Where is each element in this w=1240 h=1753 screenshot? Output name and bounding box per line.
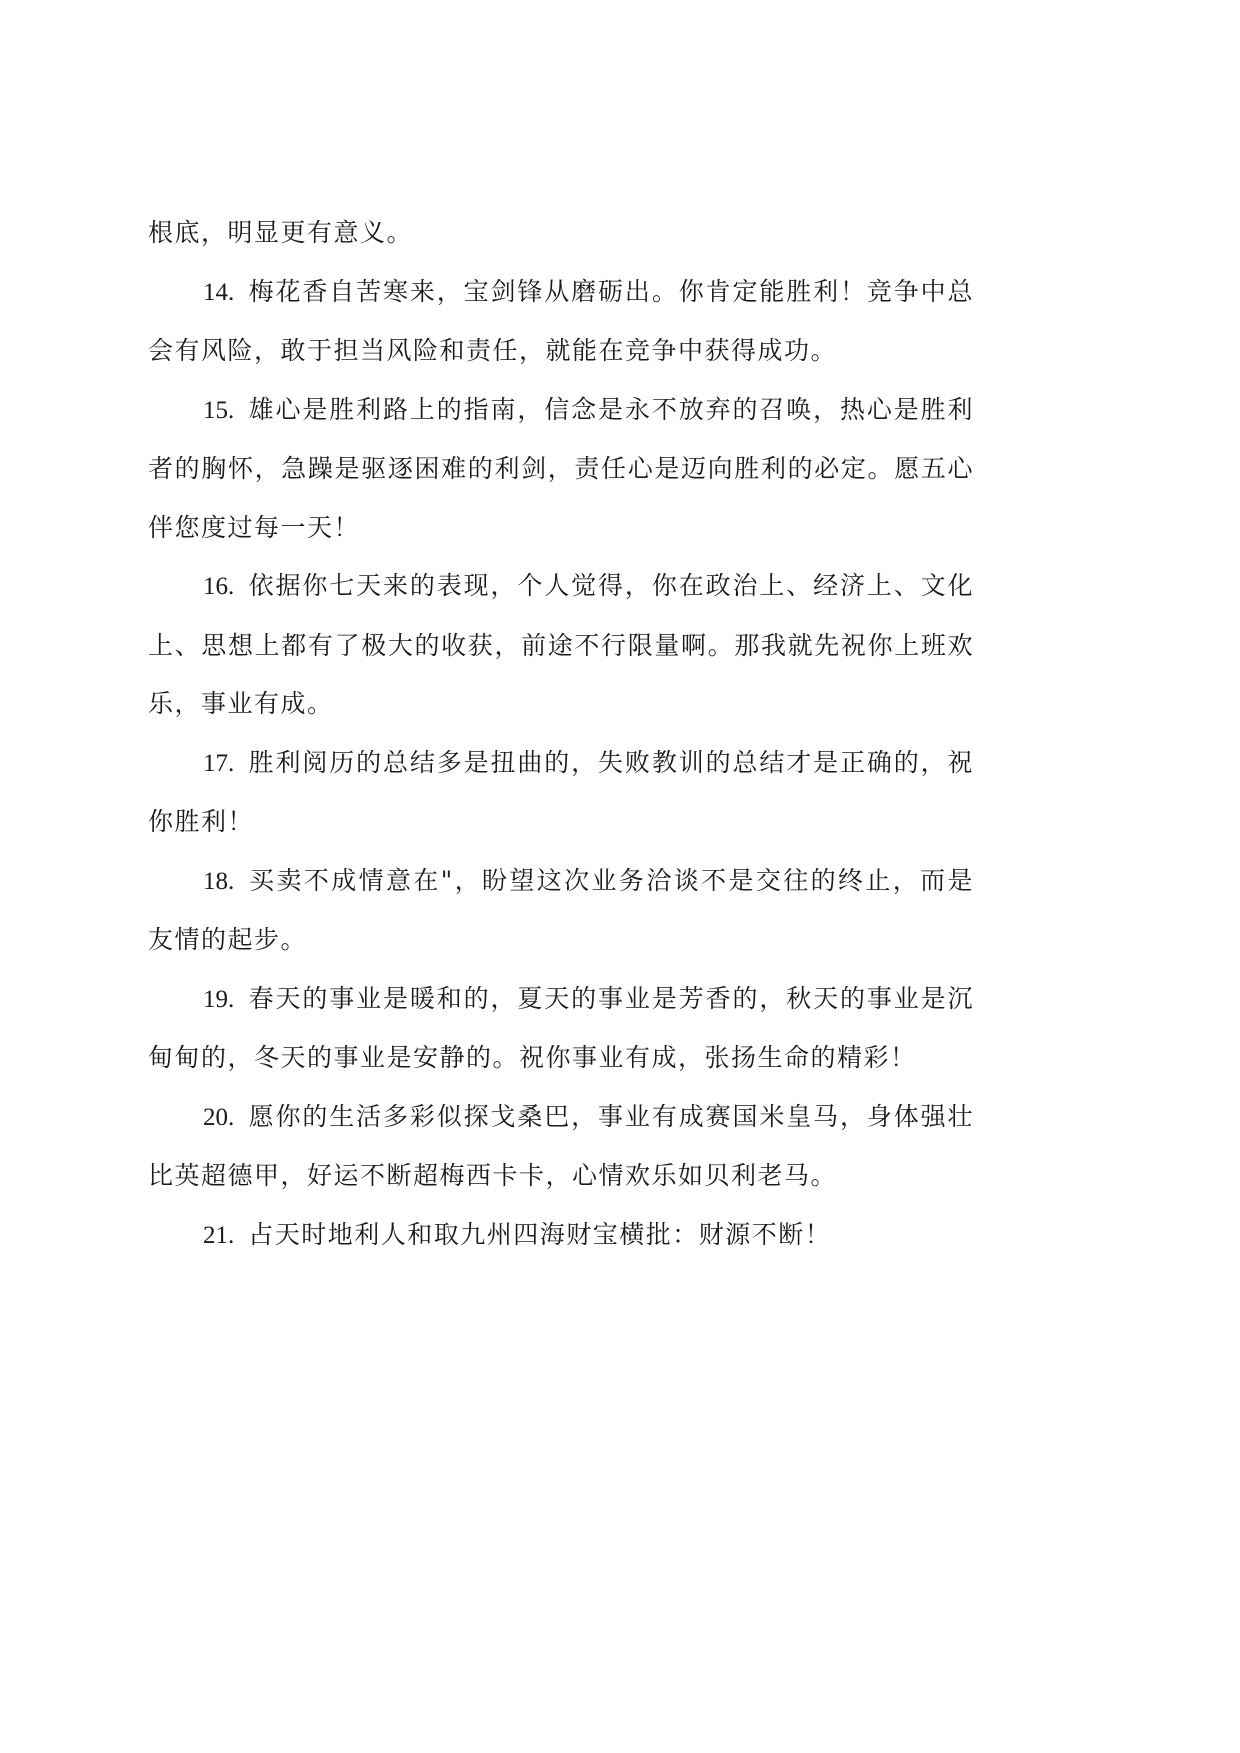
- paragraph-20: 20.愿你的生活多彩似探戈桑巴，事业有成赛国米皇马，身体强壮比英超德甲，好运不断…: [148, 1088, 974, 1206]
- paragraph-text: 根底，明显更有意义。: [148, 218, 413, 247]
- paragraph-16: 16.依据你七天来的表现，个人觉得，你在政治上、经济上、文化上、思想上都有了极大…: [148, 557, 974, 734]
- paragraph-21: 21.占天时地利人和取九州四海财宝横批：财源不断！: [148, 1206, 974, 1266]
- paragraph-text: 占天时地利人和取九州四海财宝横批：财源不断！: [248, 1220, 831, 1249]
- paragraph-number: 18.: [203, 868, 234, 895]
- paragraph-text: 春天的事业是暖和的，夏天的事业是芳香的，秋天的事业是沉甸甸的，冬天的事业是安静的…: [148, 984, 974, 1073]
- paragraph-text: 胜利阅历的总结多是扭曲的，失败教训的总结才是正确的，祝你胜利！: [148, 748, 974, 837]
- paragraph-continuation: 根底，明显更有意义。: [148, 204, 974, 263]
- paragraph-text: 依据你七天来的表现，个人觉得，你在政治上、经济上、文化上、思想上都有了极大的收获…: [148, 571, 974, 718]
- paragraph-text: 雄心是胜利路上的指南，信念是永不放弃的召唤，热心是胜利者的胸怀，急躁是驱逐困难的…: [148, 395, 974, 542]
- paragraph-number: 20.: [203, 1104, 234, 1131]
- paragraph-text: 愿你的生活多彩似探戈桑巴，事业有成赛国米皇马，身体强壮比英超德甲，好运不断超梅西…: [148, 1102, 974, 1191]
- paragraph-text: 买卖不成情意在"，盼望这次业务洽谈不是交往的终止，而是友情的起步。: [148, 866, 974, 955]
- paragraph-number: 21.: [203, 1222, 234, 1249]
- paragraph-number: 16.: [203, 573, 234, 600]
- paragraph-17: 17.胜利阅历的总结多是扭曲的，失败教训的总结才是正确的，祝你胜利！: [148, 734, 974, 852]
- paragraph-number: 14.: [203, 279, 234, 306]
- paragraph-text: 梅花香自苦寒来，宝剑锋从磨砺出。你肯定能胜利！竞争中总会有风险，敢于担当风险和责…: [148, 277, 974, 366]
- paragraph-number: 19.: [203, 986, 234, 1013]
- document-page: 根底，明显更有意义。 14.梅花香自苦寒来，宝剑锋从磨砺出。你肯定能胜利！竞争中…: [148, 204, 974, 1265]
- paragraph-number: 15.: [203, 397, 234, 424]
- paragraph-14: 14.梅花香自苦寒来，宝剑锋从磨砺出。你肯定能胜利！竞争中总会有风险，敢于担当风…: [148, 263, 974, 381]
- paragraph-18: 18.买卖不成情意在"，盼望这次业务洽谈不是交往的终止，而是友情的起步。: [148, 852, 974, 970]
- paragraph-15: 15.雄心是胜利路上的指南，信念是永不放弃的召唤，热心是胜利者的胸怀，急躁是驱逐…: [148, 381, 974, 558]
- paragraph-19: 19.春天的事业是暖和的，夏天的事业是芳香的，秋天的事业是沉甸甸的，冬天的事业是…: [148, 970, 974, 1088]
- paragraph-number: 17.: [203, 750, 234, 777]
